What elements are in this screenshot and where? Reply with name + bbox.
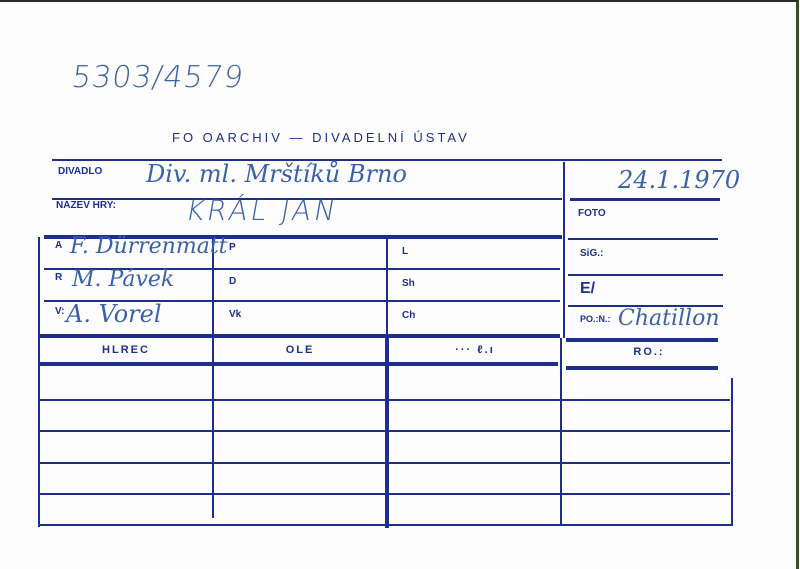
table-header-rule-right <box>566 366 718 370</box>
foto-rule <box>568 238 718 240</box>
r-label: R <box>55 272 62 283</box>
v-label: V: <box>55 306 64 317</box>
nazev-hry-value: KRÁL JAN <box>183 194 341 227</box>
l-label: L <box>402 246 408 257</box>
ch-label: Ch <box>402 310 415 321</box>
nazev-hry-label: NÁZEV HRY: <box>56 200 116 211</box>
table-bottom-rule <box>38 524 732 526</box>
table-col-divider-1 <box>212 338 214 518</box>
poznamka-value: Chatillon <box>618 306 719 331</box>
poznamka-rule <box>566 338 718 342</box>
poznamka-label: PO.:N.: <box>580 314 611 324</box>
table-row <box>40 493 730 495</box>
archive-card: 5303/4579 FO OARCHIV — DIVADELNÍ ÚSTAV D… <box>0 0 799 569</box>
col-header-role-1: OLE <box>214 344 386 356</box>
a-label: A <box>55 240 62 251</box>
table-header-rule-left <box>38 362 558 366</box>
pdvk-divider <box>386 238 388 334</box>
archive-stamp-title: FO OARCHIV — DIVADELNÍ ÚSTAV <box>172 130 470 145</box>
sh-label: Sh <box>402 278 415 289</box>
divadlo-value: Div. ml. Mrštíků Brno <box>146 160 407 188</box>
col-header-herec-1: HLREC <box>40 344 212 356</box>
divadlo-label: DIVADLO <box>58 166 102 177</box>
col-header-herec-2: ··· ℓ.ı <box>388 344 562 356</box>
a-value: F. Dürrenmatt <box>70 234 228 259</box>
left-border <box>38 237 40 527</box>
p-label: P <box>229 242 236 253</box>
table-row <box>40 430 730 432</box>
e-label: E/ <box>580 280 595 298</box>
archive-number: 5303/4579 <box>70 60 247 95</box>
table-col-divider-2 <box>385 338 389 528</box>
table-right-border <box>731 378 733 526</box>
table-row <box>40 462 730 464</box>
date-value: 24.1.1970 <box>618 166 740 194</box>
table-top-rule <box>38 334 560 338</box>
foto-label: FOTO <box>578 208 606 219</box>
d-label: D <box>229 276 236 287</box>
vk-label: Vk <box>229 309 241 320</box>
right-block-divider <box>563 162 565 338</box>
sig-label: SiG.: <box>580 248 603 259</box>
r-value: M. Pávek <box>72 267 174 292</box>
col-header-role-2: RO.: <box>564 346 734 358</box>
v-value: A. Vorel <box>66 300 162 328</box>
sig-rule <box>568 274 723 276</box>
date-rule <box>570 198 720 201</box>
table-row <box>40 399 730 401</box>
